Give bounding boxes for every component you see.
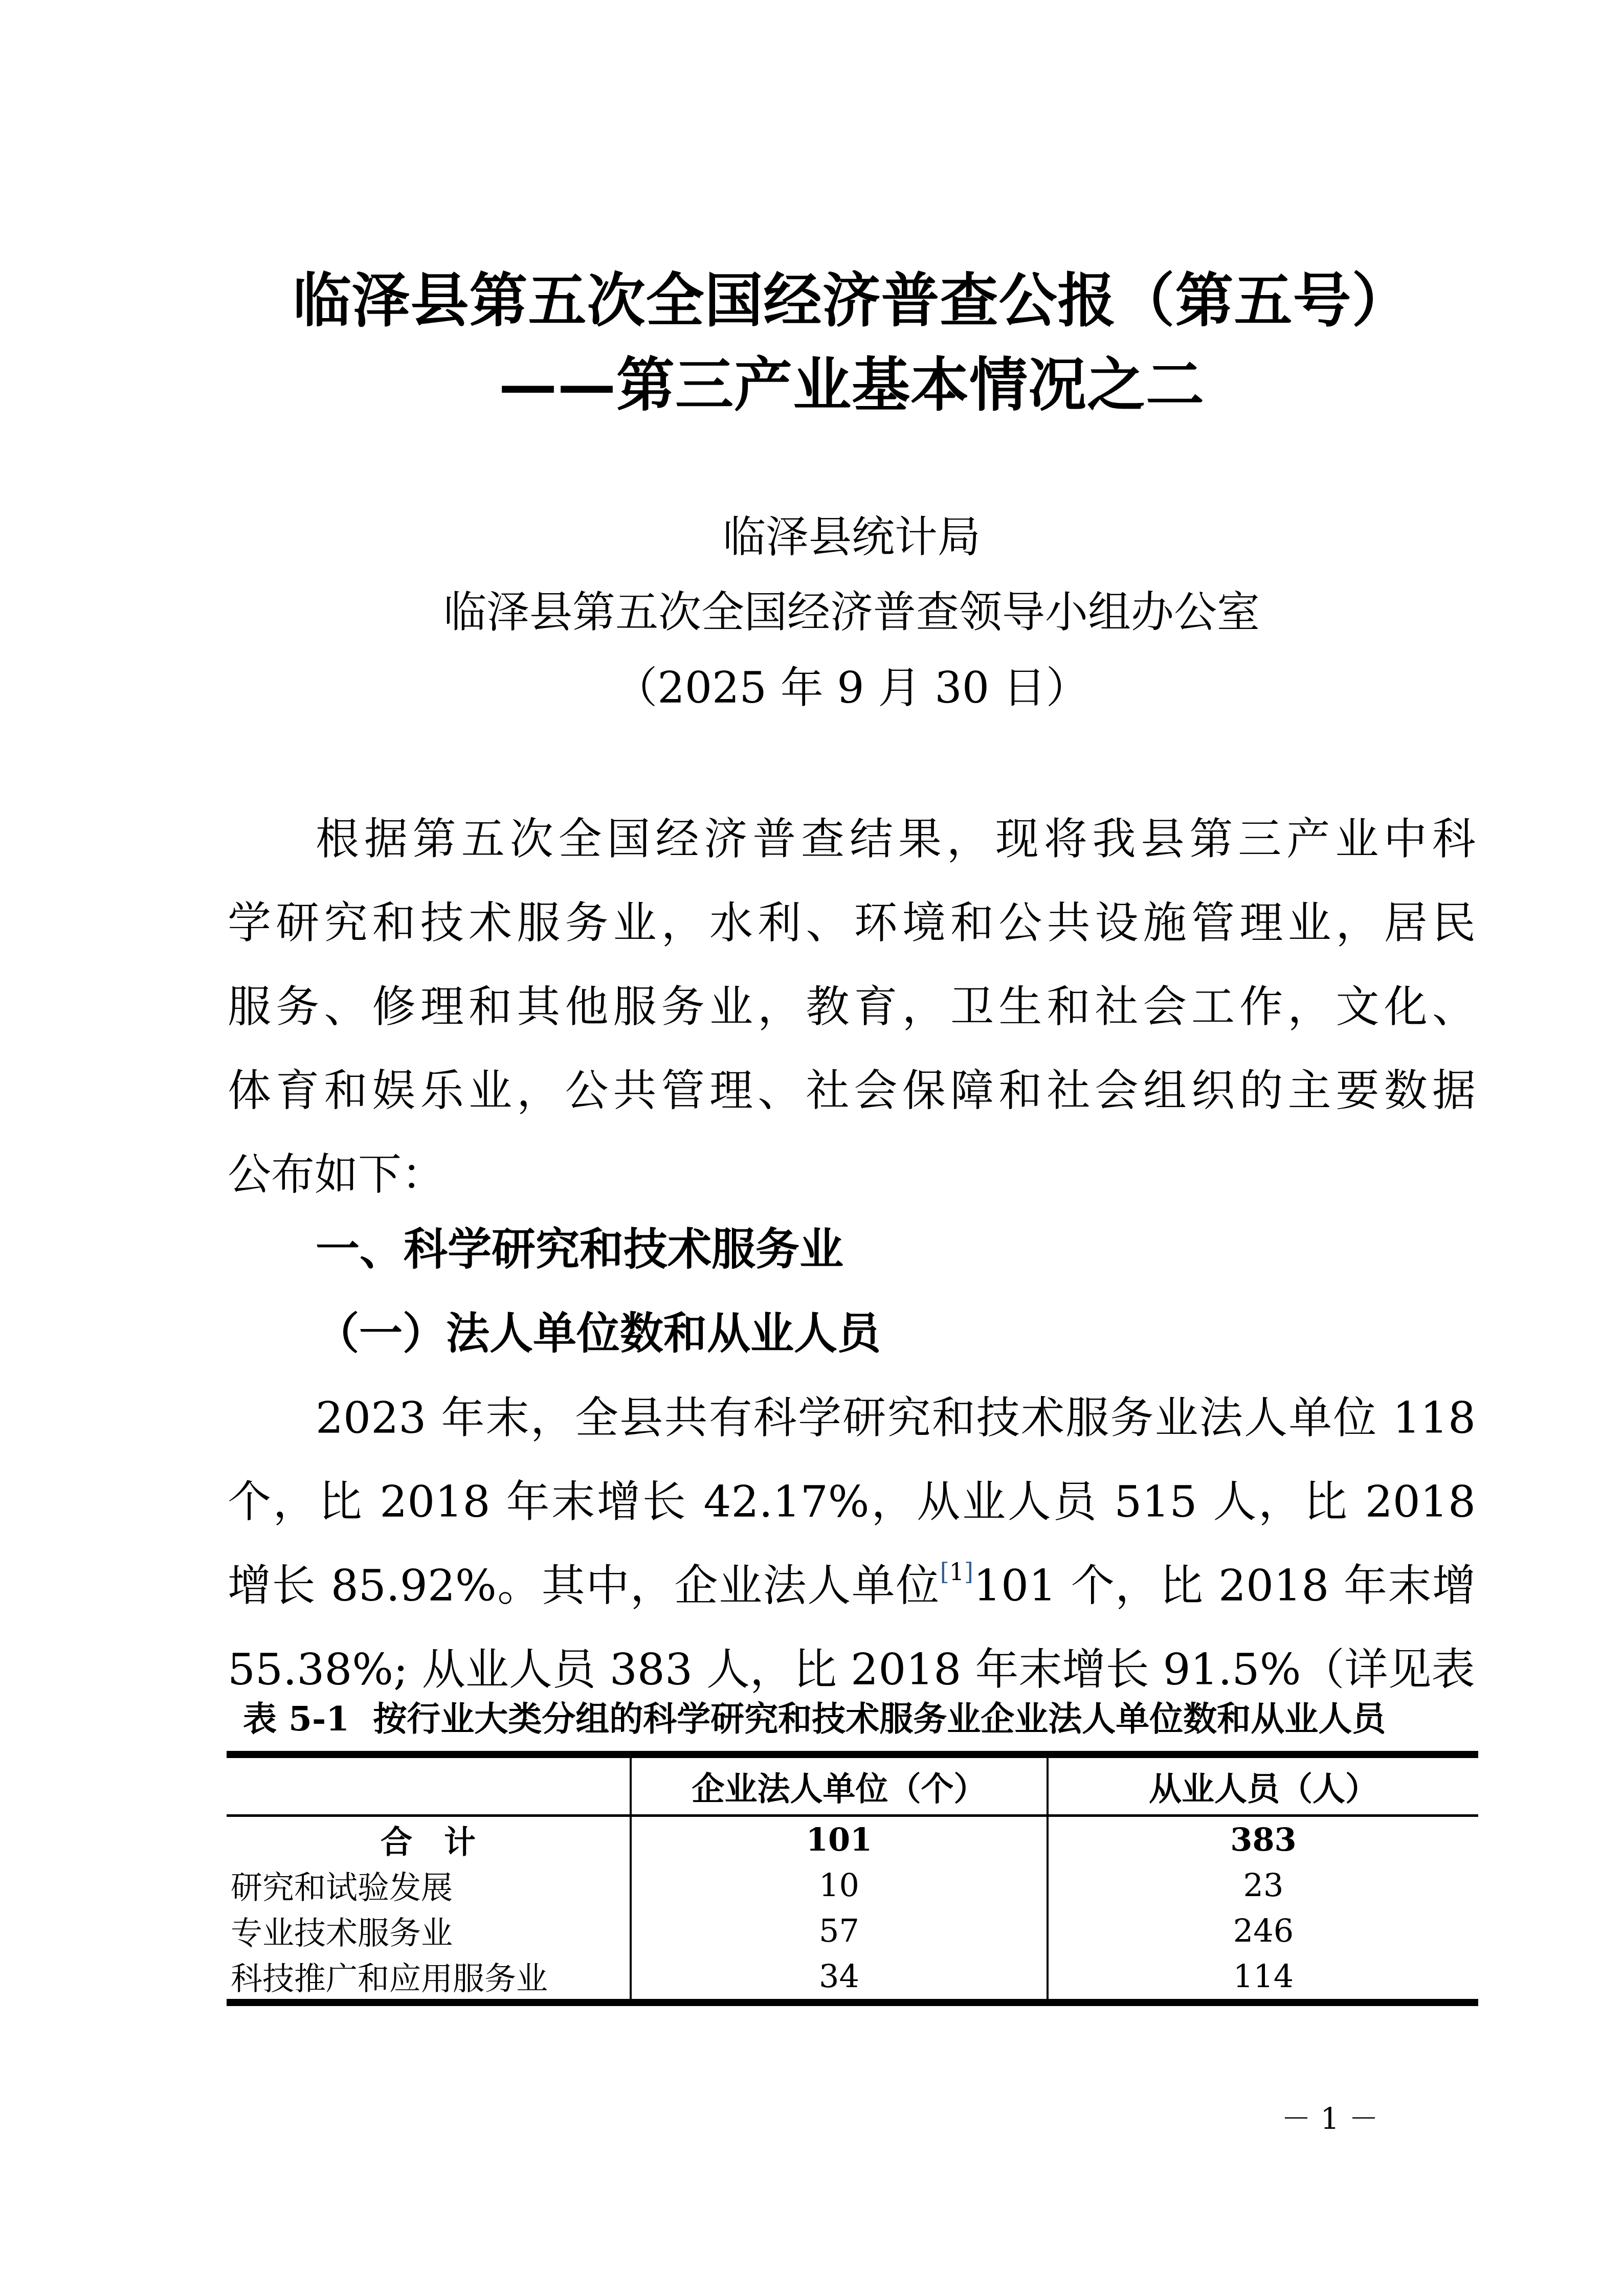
stats-line-3: 增长 85.92%。其中，企业法人单位[1]101 个，比 2018 年末增长 — [228, 1544, 1476, 1628]
document-page: 临泽县第五次全国经济普查公报（第五号） ——第三产业基本情况之二 临泽县统计局 … — [0, 0, 1624, 2296]
footnote-bracket-close: ] — [964, 1558, 973, 1586]
intro-line-5: 公布如下： — [228, 1133, 1476, 1217]
col-header-enterprise-units: 企业法人单位（个） — [631, 1754, 1048, 1815]
page-number: － 1 － — [1279, 2101, 1381, 2136]
footnote-reference: [1] — [940, 1561, 973, 1611]
total-units-value: 101 — [631, 1815, 1048, 1862]
table-row-research-development: 研究和试验发展 10 23 — [227, 1862, 1478, 1908]
tech-promotion-employees-value: 114 — [1048, 1953, 1478, 2002]
title-line-2: ——第三产业基本情况之二 — [228, 343, 1476, 427]
row-label-research: 研究和试验发展 — [227, 1862, 631, 1908]
footnote-number: 1 — [949, 1558, 964, 1586]
table-row-total: 合 计 101 383 — [227, 1815, 1478, 1862]
stats-line-1: 2023 年末，全县共有科学研究和技术服务业法人单位 118 — [228, 1377, 1476, 1460]
intro-line-1: 根据第五次全国经济普查结果，现将我县第三产业中科 — [228, 798, 1476, 882]
table-row-professional-services: 专业技术服务业 57 246 — [227, 1908, 1478, 1953]
footnote-bracket-open: [ — [940, 1558, 949, 1586]
title-line-1: 临泽县第五次全国经济普查公报（第五号） — [228, 258, 1476, 343]
stats-paragraph: 2023 年末，全县共有科学研究和技术服务业法人单位 118 个，比 2018 … — [228, 1377, 1476, 1712]
stats-line-3-text: 增长 85.92%。其中，企业法人单位 — [228, 1561, 940, 1611]
section-1-1-heading: （一）法人单位数和从业人员 — [228, 1292, 1476, 1376]
intro-line-3: 服务、修理和其他服务业，教育，卫生和社会工作，文化、 — [228, 965, 1476, 1049]
research-employees-value: 23 — [1048, 1862, 1478, 1908]
issuer-line-census-office: 临泽县第五次全国经济普查领导小组办公室 — [228, 574, 1476, 650]
section-1-heading: 一、科学研究和技术服务业 — [228, 1208, 1476, 1292]
total-employees-value: 383 — [1048, 1815, 1478, 1862]
row-label-total: 合 计 — [227, 1815, 631, 1862]
table-5-1-title: 表 5-1 按行业大类分组的科学研究和技术服务业企业法人单位数和从业人员 — [228, 1690, 1476, 1747]
document-title: 临泽县第五次全国经济普查公报（第五号） ——第三产业基本情况之二 — [228, 258, 1476, 427]
table-5-1: 企业法人单位（个） 从业人员（人） 合 计 101 383 研究和试验发展 10… — [227, 1751, 1478, 2006]
intro-line-4: 体育和娱乐业，公共管理、社会保障和社会组织的主要数据 — [228, 1049, 1476, 1133]
intro-paragraph: 根据第五次全国经济普查结果，现将我县第三产业中科 学研究和技术服务业，水利、环境… — [228, 798, 1476, 1217]
tech-promotion-units-value: 34 — [631, 1953, 1048, 2002]
col-header-industry — [227, 1754, 631, 1815]
table-row-tech-promotion: 科技推广和应用服务业 34 114 — [227, 1953, 1478, 2002]
publication-date: （2025 年 9 月 30 日） — [228, 649, 1476, 726]
issuer-line-statistics-bureau: 临泽县统计局 — [228, 499, 1476, 575]
stats-line-2: 个，比 2018 年末增长 42.17%，从业人员 515 人，比 2018 年… — [228, 1460, 1476, 1544]
col-header-employees: 从业人员（人） — [1048, 1754, 1478, 1815]
intro-line-2: 学研究和技术服务业，水利、环境和公共设施管理业，居民 — [228, 882, 1476, 965]
table-header-row: 企业法人单位（个） 从业人员（人） — [227, 1754, 1478, 1815]
row-label-professional: 专业技术服务业 — [227, 1908, 631, 1953]
row-label-tech-promotion: 科技推广和应用服务业 — [227, 1953, 631, 2002]
professional-employees-value: 246 — [1048, 1908, 1478, 1953]
research-units-value: 10 — [631, 1862, 1048, 1908]
professional-units-value: 57 — [631, 1908, 1048, 1953]
